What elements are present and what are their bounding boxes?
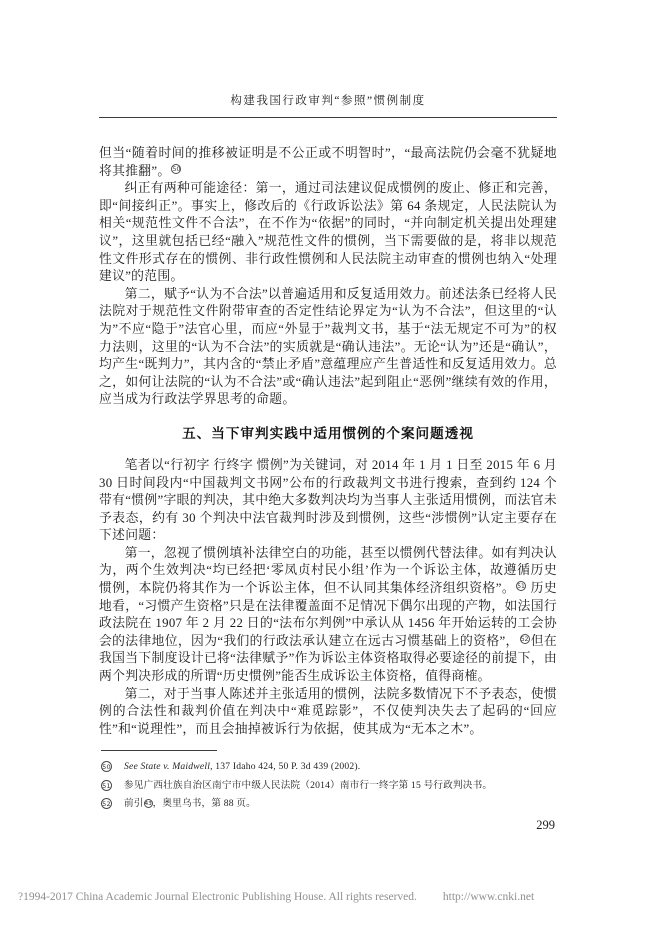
paragraph-4-text: 笔者以“行初字 行终字 惯例”为关键词，对 2014 年 1 月 1 日至 20… [99,458,557,542]
footnote-50: 50 See State v. Maidwell, 137 Idaho 424,… [99,760,557,773]
footnote-52: 52 前引43，奥里乌书，第 88 页。 [99,797,557,810]
footnote-52-text: 前引43，奥里乌书，第 88 页。 [124,797,256,810]
paragraph-2: 纠正有两种可能途径：第一，通过司法建议促成惯例的废止、修正和完善，即“间接纠正”… [99,180,557,286]
page-number: 299 [99,818,557,833]
paragraph-1: 但当“随着时间的推移被证明是不公正或不明智时”，“最高法院仍会毫不犹疑地将其推翻… [99,145,557,180]
paragraph-6-text: 第二，对于当事人陈述并主张适用的惯例，法院多数情况下不予表态，使惯例的合法性和裁… [99,687,557,736]
footnote-52-text-pre: 前引 [124,798,144,809]
footnote-51-marker: 51 [101,780,112,791]
footnote-50-case-citation: See State v. Maidwell [124,761,210,772]
footnote-50-marker: 50 [101,761,112,772]
paragraph-3: 第二，赋予“认为不合法”以普遍适用和反复适用效力。前述法条已经将人民法院对于规范… [99,286,557,409]
footnote-52-text-post: ，奥里乌书，第 88 页。 [153,798,256,809]
paragraph-3-text: 第二，赋予“认为不合法”以普遍适用和反复适用效力。前述法条已经将人民法院对于规范… [99,287,557,407]
footnote-51: 51 参见广西壮族自治区南宁市中级人民法院（2014）南市行一终字第 15 号行… [99,779,557,792]
paragraph-5-text-1: 第一，忽视了惯例填补法律空白的功能，甚至以惯例代替法律。如有判决认为，两个生效判… [99,546,557,595]
footnote-50-citation-rest: , 137 Idaho 424, 50 P. 3d 439 (2002). [210,761,360,772]
footnotes: 50 See State v. Maidwell, 137 Idaho 424,… [99,760,557,810]
paragraph-5: 第一，忽视了惯例填补法律空白的功能，甚至以惯例代替法律。如有判决认为，两个生效判… [99,545,557,686]
footnote-51-text: 参见广西壮族自治区南宁市中级人民法院（2014）南市行一终字第 15 号行政判决… [124,779,492,792]
section-heading: 五、当下审判实践中适用惯例的个案问题透视 [99,422,557,442]
footnote-separator [101,750,217,751]
paragraph-6: 第二，对于当事人陈述并主张适用的惯例，法院多数情况下不予表态，使惯例的合法性和裁… [99,686,557,739]
running-header-title: 构建我国行政审判“参照”惯例制度 [230,95,425,107]
footnote-ref-52: 52 [520,634,530,644]
footnote-ref-50: 50 [171,164,181,174]
publisher-footer: ?1994-2017 China Academic Journal Electr… [18,891,534,903]
paragraph-4: 笔者以“行初字 行终字 惯例”为关键词，对 2014 年 1 月 1 日至 20… [99,457,557,545]
paper-page: 构建我国行政审判“参照”惯例制度 但当“随着时间的推移被证明是不公正或不明智时”… [0,0,655,925]
footnote-50-text: See State v. Maidwell, 137 Idaho 424, 50… [124,760,360,773]
footnote-52-inner-ref: 43 [144,799,153,808]
copyright-text: ?1994-2017 China Academic Journal Electr… [18,891,417,903]
footnote-52-marker: 52 [101,798,112,809]
cnki-url: http://www.cnki.net [443,891,534,903]
page-content: 构建我国行政审判“参照”惯例制度 但当“随着时间的推移被证明是不公正或不明智时”… [99,92,557,833]
body-text: 但当“随着时间的推移被证明是不公正或不明智时”，“最高法院仍会毫不犹疑地将其推翻… [99,145,557,738]
paragraph-1-text: 但当“随着时间的推移被证明是不公正或不明智时”，“最高法院仍会毫不犹疑地将其推翻… [99,146,557,178]
paragraph-2-text: 纠正有两种可能途径：第一，通过司法建议促成惯例的废止、修正和完善，即“间接纠正”… [99,181,557,283]
footnote-ref-51: 51 [516,581,526,591]
running-header: 构建我国行政审判“参照”惯例制度 [99,92,557,118]
